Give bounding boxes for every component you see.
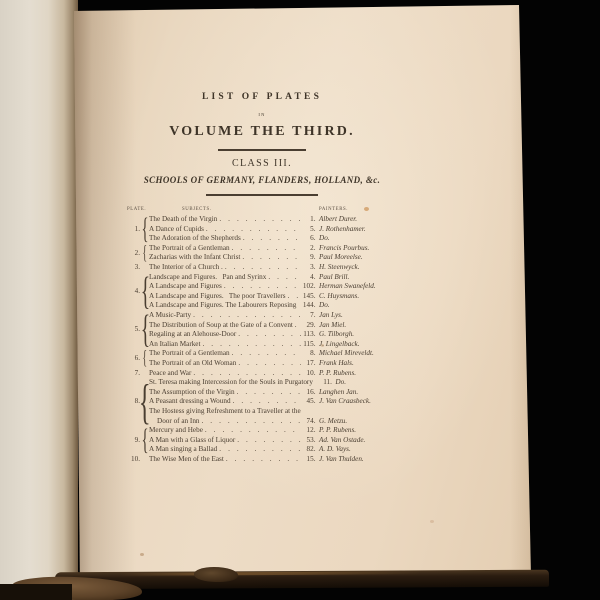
painter-name: Jan Miel. <box>316 321 386 331</box>
painter-plate-number: 113. <box>301 330 316 340</box>
foxing-spot <box>430 520 434 523</box>
facing-page-edge <box>0 0 78 600</box>
dot-leader: . . . . . . . . . . . . . . . . . . . . … <box>203 426 301 436</box>
painter-plate-number: 15. <box>301 455 316 465</box>
subject-text: The Portrait of a Gentleman <box>149 244 230 254</box>
dot-leader: . . . . . . . . . . . . . . . . . . . . … <box>286 292 301 302</box>
painter-name: Do. <box>316 301 386 311</box>
plate-entry: Peace and War. . . . . . . . . . . . . .… <box>149 369 385 379</box>
plate-entry: The Interior of a Church .. . . . . . . … <box>149 263 385 273</box>
brace-cell <box>141 455 149 465</box>
dot-leader: . . . . . . . . . . . . . . . . . . . . … <box>235 388 301 398</box>
plate-entry: The Adoration of the Shepherds. . . . . … <box>149 234 385 244</box>
painter-plate-number: 7. <box>301 311 316 321</box>
painter-name: J. Van Thulden. <box>316 455 386 465</box>
subject-text: Zacharias with the Infant Christ <box>149 253 240 263</box>
dot-leader: . . . . . . . . . . . . . . . . . . . . … <box>217 215 300 225</box>
plate-group: 3.The Interior of a Church .. . . . . . … <box>127 263 385 273</box>
painter-plate-number: 8. <box>301 349 316 359</box>
painter-name: G. Tilborgh. <box>316 330 386 340</box>
group-brace-icon: { <box>141 426 148 455</box>
painter-name: Michael Mireveldt. <box>316 349 386 359</box>
column-header-subjects: SUBJECTS. <box>182 207 212 212</box>
volume-title: VOLUME THE THIRD. <box>124 124 400 140</box>
painter-plate-number: 115. <box>301 340 316 350</box>
painter-plate-number: 2. <box>301 244 316 254</box>
brace-cell: { <box>141 215 149 244</box>
brace-cell: { <box>141 378 149 426</box>
painter-name: P. P. Rubens. <box>316 369 386 379</box>
painter-name: P. P. Rubens. <box>316 426 386 436</box>
column-header-painters: PAINTERS. <box>319 207 348 212</box>
dot-leader: . . . . . . . . . . . . . . . . . . . . … <box>236 359 300 369</box>
subject-text: A Landscape and Figures <box>149 282 222 292</box>
subject-text: An Italian Market <box>149 340 201 350</box>
brace-cell: { <box>141 426 149 455</box>
painter-name: Frank Hals. <box>316 359 386 369</box>
brace-cell: { <box>141 273 149 311</box>
foxing-spot <box>140 553 144 556</box>
plate-entries: The Death of the Virgin. . . . . . . . .… <box>149 215 385 244</box>
painter-plate-number: 5. <box>301 225 316 235</box>
plate-entry: An Italian Market. . . . . . . . . . . .… <box>149 340 385 350</box>
painter-plate-number: 4. <box>301 273 316 283</box>
title-connector: IN <box>124 112 400 117</box>
painter-name: Langhen Jan. <box>316 388 386 398</box>
dot-leader: . . . . . . . . . . . . . . . . . . . . … <box>236 330 300 340</box>
subject-text: Mercury and Hebe <box>149 426 203 436</box>
plate-entry: A Landscape and Figures. The Labourers R… <box>149 301 385 311</box>
plate-entry: St. Teresa making Intercession for the S… <box>149 378 385 388</box>
plate-entry: The Hostess giving Refreshment to a Trav… <box>149 407 385 417</box>
dot-leader: . . . . . . . . . . . . . . . . . . . . … <box>224 455 301 465</box>
dot-leader: . . . . . . . . . . . . . . . . . . . . … <box>230 349 301 359</box>
column-header-plate: PLATE. <box>127 207 146 212</box>
subject-text: A Peasant dressing a Wound <box>149 397 231 407</box>
plate-entry: A Peasant dressing a Wound. . . . . . . … <box>149 397 385 407</box>
dot-leader: . . . . . . . . . . . . . . . . . . . . … <box>201 340 301 350</box>
dot-leader: . . . . . . . . . . . . . . . . . . . . … <box>223 263 301 273</box>
painter-name: J. Van Craasbeck. <box>316 397 386 407</box>
plate-number: 2. <box>127 249 141 259</box>
dot-leader: . . . . . . . . . . . . . . . . . . . . … <box>222 282 301 292</box>
group-brace-icon: { <box>140 311 149 349</box>
group-brace-icon: { <box>141 215 148 244</box>
plate-group: 1.{The Death of the Virgin. . . . . . . … <box>127 215 385 244</box>
plate-number: 3. <box>127 263 141 273</box>
painter-name: Paul Brill. <box>316 273 386 283</box>
plate-entry: The Distribution of Soup at the Gate of … <box>149 321 385 331</box>
painter-name: J. Rothenhamer. <box>316 225 386 235</box>
subject-text: The Portrait of a Gentleman <box>149 349 230 359</box>
painter-plate-number: 82. <box>301 445 316 455</box>
painter-plate-number: 45. <box>301 397 316 407</box>
plates-list: 1.{The Death of the Virgin. . . . . . . … <box>127 215 385 465</box>
painter-plate-number: 6. <box>301 234 316 244</box>
plate-entry: The Wise Men of the East. . . . . . . . … <box>149 455 385 465</box>
plate-entries: St. Teresa making Intercession for the S… <box>149 378 385 426</box>
dot-leader: . . . . . . . . . . . . . . . . . . . . … <box>241 234 301 244</box>
plate-entries: The Interior of a Church .. . . . . . . … <box>149 263 385 273</box>
plate-number: 10. <box>127 455 141 465</box>
subject-text: The Distribution of Soup at the Gate of … <box>149 321 297 331</box>
plate-group: 7.Peace and War. . . . . . . . . . . . .… <box>127 369 385 379</box>
painter-plate-number: 74. <box>301 417 316 427</box>
painter-name: Do. <box>316 234 386 244</box>
plate-group: 5.{A Music-Party. . . . . . . . . . . . … <box>127 311 385 349</box>
painter-plate-number: 145. <box>301 292 316 302</box>
plate-entry: The Portrait of a Gentleman. . . . . . .… <box>149 349 385 359</box>
painter-name: Herman Swanefeld. <box>316 282 386 292</box>
subject-text: The Wise Men of the East <box>149 455 224 465</box>
painter-name: J. Lingelback. <box>316 340 386 350</box>
painter-plate-number: 53. <box>301 436 316 446</box>
subject-text: A Landscape and Figures. The Labourers R… <box>149 301 296 311</box>
plate-group: 2.{The Portrait of a Gentleman. . . . . … <box>127 244 385 263</box>
plate-number: 4. <box>127 287 141 297</box>
dot-leader: . . . . . . . . . . . . . . . . . . . . … <box>230 244 301 254</box>
book-photo: LIST OF PLATES IN VOLUME THE THIRD. CLAS… <box>0 0 600 600</box>
group-brace-icon: { <box>140 273 149 311</box>
painter-name: Ad. Van Ostade. <box>316 436 386 446</box>
foxing-spot <box>364 207 369 211</box>
plate-entry: Door of an Inn. . . . . . . . . . . . . … <box>149 417 385 427</box>
painter-name: A. D. Vays. <box>316 445 386 455</box>
dot-leader: . . . . . . . . . . . . . . . . . . . . … <box>204 225 301 235</box>
plate-entry: A Man with a Glass of Liquor. . . . . . … <box>149 436 385 446</box>
group-brace-icon: { <box>143 349 148 368</box>
subject-text: The Portrait of an Old Woman <box>149 359 236 369</box>
subject-text: A Music-Party <box>149 311 191 321</box>
plate-entry: The Death of the Virgin. . . . . . . . .… <box>149 215 385 225</box>
binding-gutter-lump <box>194 567 238 582</box>
painter-plate-number: 10. <box>301 369 316 379</box>
painter-plate-number: 144. <box>301 301 316 311</box>
subject-text: Door of an Inn <box>149 417 200 427</box>
divider-rule <box>124 149 400 151</box>
schools-heading: SCHOOLS OF GERMANY, FLANDERS, HOLLAND, &… <box>124 175 400 185</box>
painter-plate-number: 3. <box>301 263 316 273</box>
dot-leader: . . . . . . . . . . . . . . . . . . . . … <box>217 445 300 455</box>
plate-number: 6. <box>127 354 141 364</box>
painter-name: H. Steenwyck. <box>316 263 386 273</box>
painter-name: Do. <box>332 378 402 388</box>
plate-group: 6.{The Portrait of a Gentleman. . . . . … <box>127 349 385 368</box>
plate-entries: A Music-Party. . . . . . . . . . . . . .… <box>149 311 385 349</box>
dot-leader: . . . . . . . . . . . . . . . . . . . . … <box>266 273 300 283</box>
painter-name: Francis Pourbus. <box>316 244 386 254</box>
book-page: LIST OF PLATES IN VOLUME THE THIRD. CLAS… <box>64 0 536 600</box>
plate-entry: A Dance of Cupids. . . . . . . . . . . .… <box>149 225 385 235</box>
class-heading: CLASS III. <box>124 158 400 169</box>
subject-text: St. Teresa making Intercession for the S… <box>149 378 313 388</box>
subject-text: The Interior of a Church . <box>149 263 223 273</box>
subject-text: The Hostess giving Refreshment to a Trav… <box>149 407 301 417</box>
plate-entry: Mercury and Hebe. . . . . . . . . . . . … <box>149 426 385 436</box>
painter-name: Paul Moreelse. <box>316 253 386 263</box>
subject-text: Peace and War <box>149 369 191 379</box>
page-title: LIST OF PLATES <box>124 92 400 102</box>
plate-entry: Regaling at an Alehouse-Door. . . . . . … <box>149 330 385 340</box>
painter-plate-number: 17. <box>301 359 316 369</box>
plate-entry: A Music-Party. . . . . . . . . . . . . .… <box>149 311 385 321</box>
subject-text: A Dance of Cupids <box>149 225 204 235</box>
painter-name: Jan Lys. <box>316 311 386 321</box>
plate-number: 1. <box>127 225 141 235</box>
plate-entry: The Portrait of an Old Woman. . . . . . … <box>149 359 385 369</box>
subject-text: The Adoration of the Shepherds <box>149 234 241 244</box>
plate-entry: Zacharias with the Infant Christ. . . . … <box>149 253 385 263</box>
dot-leader: . . . . . . . . . . . . . . . . . . . . … <box>191 369 300 379</box>
foxing-spot <box>321 344 324 347</box>
dot-leader: . . . . . . . . . . . . . . . . . . . . … <box>191 311 300 321</box>
painter-plate-number: 29. <box>301 321 316 331</box>
divider-rule <box>124 194 400 196</box>
painter-name: G. Metzu. <box>316 417 386 427</box>
plate-entries: Mercury and Hebe. . . . . . . . . . . . … <box>149 426 385 455</box>
subject-text: The Assumption of the Virgin <box>149 388 235 398</box>
dot-leader: . . . . . . . . . . . . . . . . . . . . … <box>200 417 301 427</box>
subject-text: Regaling at an Alehouse-Door <box>149 330 236 340</box>
subject-text: Landscape and Figures. Pan and Syrinx <box>149 273 266 283</box>
group-brace-icon: { <box>139 378 151 426</box>
painter-name: C. Huysmans. <box>316 292 386 302</box>
plate-entry: The Portrait of a Gentleman. . . . . . .… <box>149 244 385 254</box>
brace-cell: { <box>141 244 149 263</box>
plate-group: 4.{Landscape and Figures. Pan and Syrinx… <box>127 273 385 311</box>
painter-plate-number: 1. <box>301 215 316 225</box>
brace-cell: { <box>141 349 149 368</box>
group-brace-icon: { <box>143 244 148 263</box>
plate-entries: Landscape and Figures. Pan and Syrinx. .… <box>149 273 385 311</box>
plate-group: 9.{Mercury and Hebe. . . . . . . . . . .… <box>127 426 385 455</box>
painter-plate-number: 12. <box>301 426 316 436</box>
subject-text: A Man singing a Ballad <box>149 445 217 455</box>
dot-leader: . . . . . . . . . . . . . . . . . . . . … <box>235 436 300 446</box>
dot-leader: . . . . . . . . . . . . . . . . . . . . … <box>231 397 301 407</box>
plate-entries: The Wise Men of the East. . . . . . . . … <box>149 455 385 465</box>
plate-entries: The Portrait of a Gentleman. . . . . . .… <box>149 244 385 263</box>
painter-plate-number: 11. <box>317 378 332 388</box>
plate-entry: Landscape and Figures. Pan and Syrinx. .… <box>149 273 385 283</box>
subject-text: A Man with a Glass of Liquor <box>149 436 235 446</box>
painter-name: Albert Durer. <box>316 215 386 225</box>
painter-plate-number: 102. <box>301 282 316 292</box>
plate-number: 9. <box>127 436 141 446</box>
plate-group: 10.The Wise Men of the East. . . . . . .… <box>127 455 385 465</box>
brace-cell: { <box>141 311 149 349</box>
plate-entries: The Portrait of a Gentleman. . . . . . .… <box>149 349 385 368</box>
spine-shadow <box>0 584 72 600</box>
plate-entry: The Assumption of the Virgin. . . . . . … <box>149 388 385 398</box>
plate-group: 8.{St. Teresa making Intercession for th… <box>127 378 385 426</box>
subject-text: The Death of the Virgin <box>149 215 217 225</box>
plate-number: 5. <box>127 325 141 335</box>
painter-plate-number: 16. <box>301 388 316 398</box>
plate-entry: A Man singing a Ballad. . . . . . . . . … <box>149 445 385 455</box>
plate-entry: A Landscape and Figures. The poor Travel… <box>149 292 385 302</box>
plate-entry: A Landscape and Figures. . . . . . . . .… <box>149 282 385 292</box>
subject-text: A Landscape and Figures. The poor Travel… <box>149 292 286 302</box>
painter-plate-number: 9. <box>301 253 316 263</box>
dot-leader: . . . . . . . . . . . . . . . . . . . . … <box>240 253 300 263</box>
plate-entries: Peace and War. . . . . . . . . . . . . .… <box>149 369 385 379</box>
